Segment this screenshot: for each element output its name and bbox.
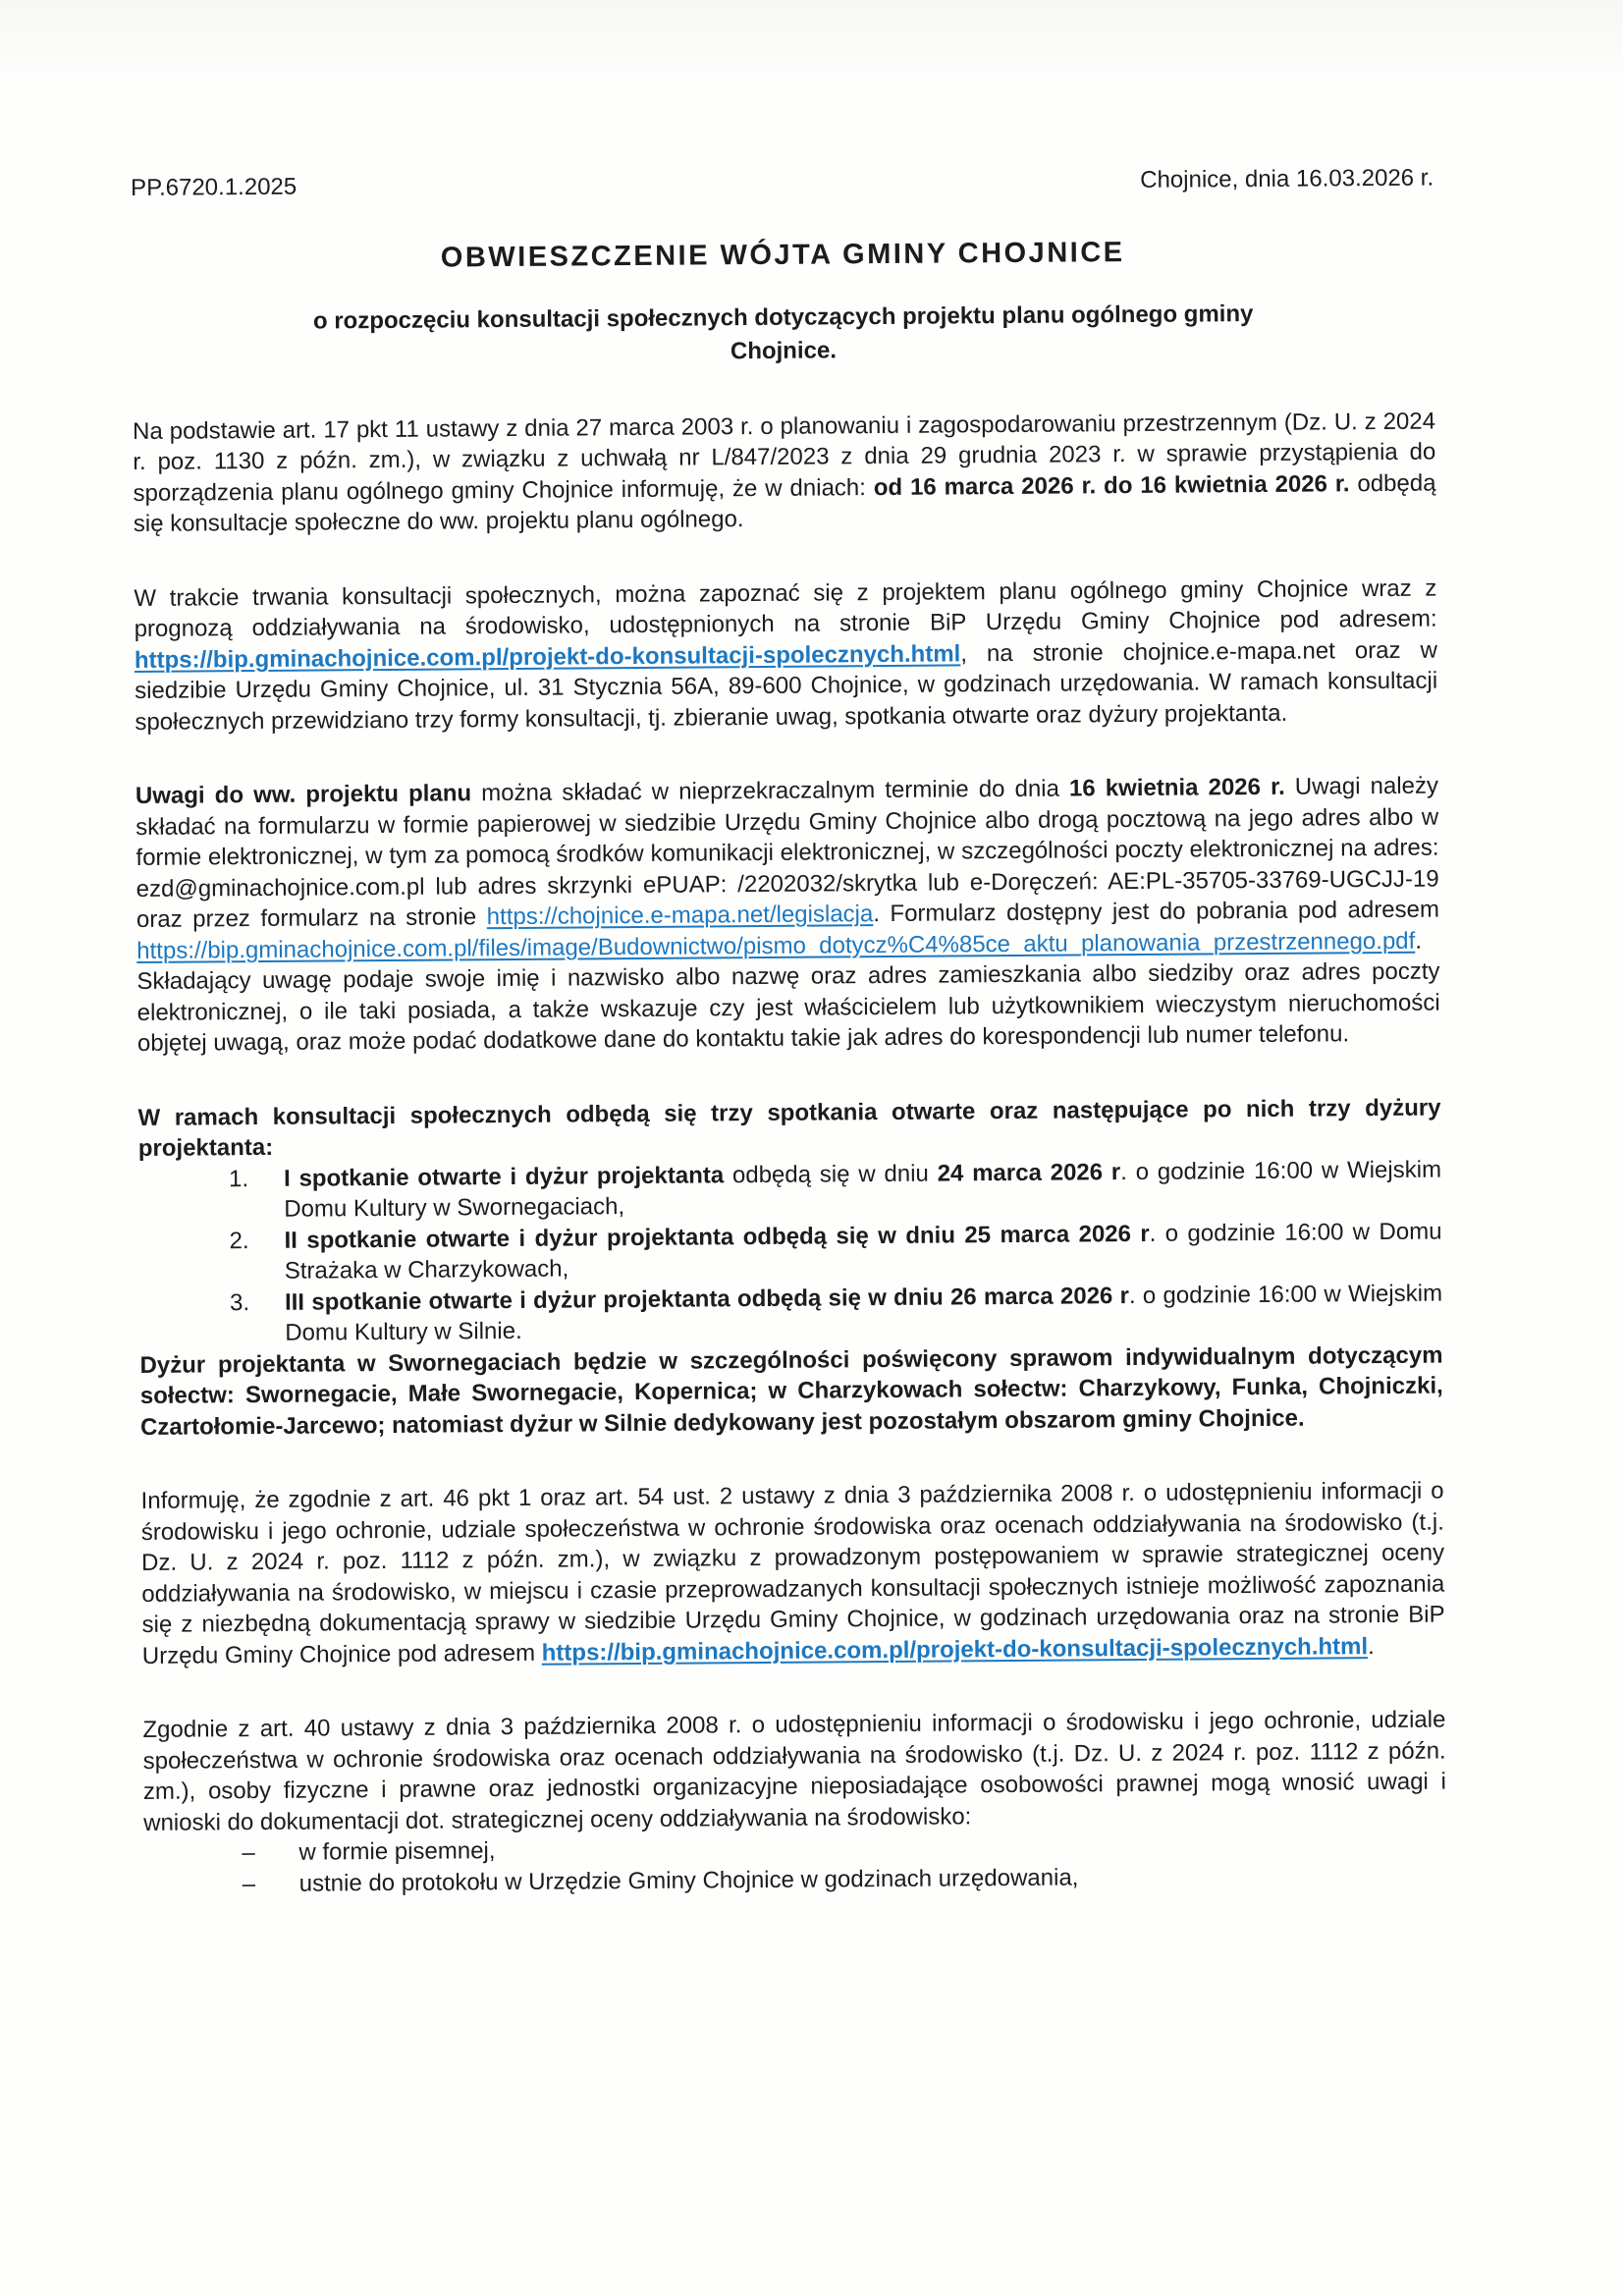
link-emapa-legislacja[interactable]: https://chojnice.e-mapa.net/legislacja [487,901,874,930]
text-run: odbędą się w dniu [724,1160,938,1188]
document-content: PP.6720.1.2025 Chojnice, dnia 16.03.2026… [131,163,1447,1900]
paragraph-remarks-submission: Uwagi do ww. projektu planu można składa… [135,771,1440,1060]
text-run: W trakcie trwania konsultacji społecznyc… [134,574,1436,642]
meeting-item-3: 3. III spotkanie otwarte i dyżur projekt… [230,1278,1442,1349]
consultation-dates-bold: od 16 marca 2026 r. do 16 kwietnia 2026 … [874,470,1350,501]
link-remark-form-pdf[interactable]: https://bip.gminachojnice.com.pl/files/i… [136,927,1415,963]
list-number: 3. [230,1286,285,1348]
meeting-1-date-bold: 24 marca 2026 r [938,1159,1121,1186]
meetings-list: 1. I spotkanie otwarte i dyżur projektan… [138,1154,1442,1349]
reference-number: PP.6720.1.2025 [131,172,297,204]
text-run: . Formularz dostępny jest do pobrania po… [873,897,1439,928]
meeting-item-1: 1. I spotkanie otwarte i dyżur projektan… [229,1154,1441,1226]
paragraph-environment-info: Informuję, że zgodnie z art. 46 pkt 1 or… [141,1476,1445,1671]
document-title: OBWIESZCZENIE WÓJTA GMINY CHOJNICE [132,233,1434,276]
meeting-3-title-bold: III spotkanie otwarte i dyżur projektant… [285,1283,1129,1316]
list-number: 1. [229,1163,284,1225]
paragraph-article-40: Zgodnie z art. 40 ustawy z dnia 3 paździ… [142,1705,1446,1838]
paragraph-plan-availability: W trakcie trwania konsultacji społecznyc… [134,573,1437,738]
document-header: PP.6720.1.2025 Chojnice, dnia 16.03.2026… [131,163,1434,204]
text-run: Zgodnie z art. 40 ustawy z dnia 3 paździ… [142,1707,1446,1836]
link-bip-consultations[interactable]: https://bip.gminachojnice.com.pl/projekt… [135,640,961,674]
meetings-heading: W ramach konsultacji społecznych odbędą … [137,1092,1440,1164]
duty-note-bold: Dyżur projektanta w Swornegaciach będzie… [139,1341,1442,1440]
meeting-item-3-text: III spotkanie otwarte i dyżur projektant… [285,1278,1442,1348]
meeting-item-2-text: II spotkanie otwarte i dyżur projektanta… [284,1216,1441,1286]
remarks-deadline-bold: 16 kwietnia 2026 r. [1069,774,1285,802]
meeting-item-2: 2. II spotkanie otwarte i dyżur projekta… [229,1216,1441,1287]
list-number: 2. [229,1225,284,1286]
document-subtitle: o rozpoczęciu konsultacji społecznych do… [132,296,1434,372]
submission-forms-list: – w formie pisemnej, – ustnie do protoko… [143,1829,1446,1900]
text-run: można składać w nieprzekraczalnym termin… [471,776,1069,807]
meeting-1-title-bold: I spotkanie otwarte i dyżur projektanta [284,1162,724,1192]
meetings-heading-bold: W ramach konsultacji społecznych odbędą … [137,1094,1440,1162]
dash-marker: – [243,1868,299,1899]
scanned-document-page: PP.6720.1.2025 Chojnice, dnia 16.03.2026… [0,0,1623,2296]
paragraph-duty-note: Dyżur projektanta w Swornegaciach będzie… [139,1339,1443,1443]
meeting-item-1-text: I spotkanie otwarte i dyżur projektanta … [284,1154,1441,1225]
paragraph-legal-basis: Na podstawie art. 17 pkt 11 ustawy z dni… [133,406,1436,539]
dash-marker: – [242,1837,298,1869]
remarks-heading-bold: Uwagi do ww. projektu planu [135,780,471,809]
text-run: . [1368,1633,1375,1660]
place-date: Chojnice, dnia 16.03.2026 r. [1140,163,1434,196]
meeting-2-title-bold: II spotkanie otwarte i dyżur projektanta… [284,1220,1149,1253]
link-bip-consultations-2[interactable]: https://bip.gminachojnice.com.pl/projekt… [542,1633,1369,1667]
